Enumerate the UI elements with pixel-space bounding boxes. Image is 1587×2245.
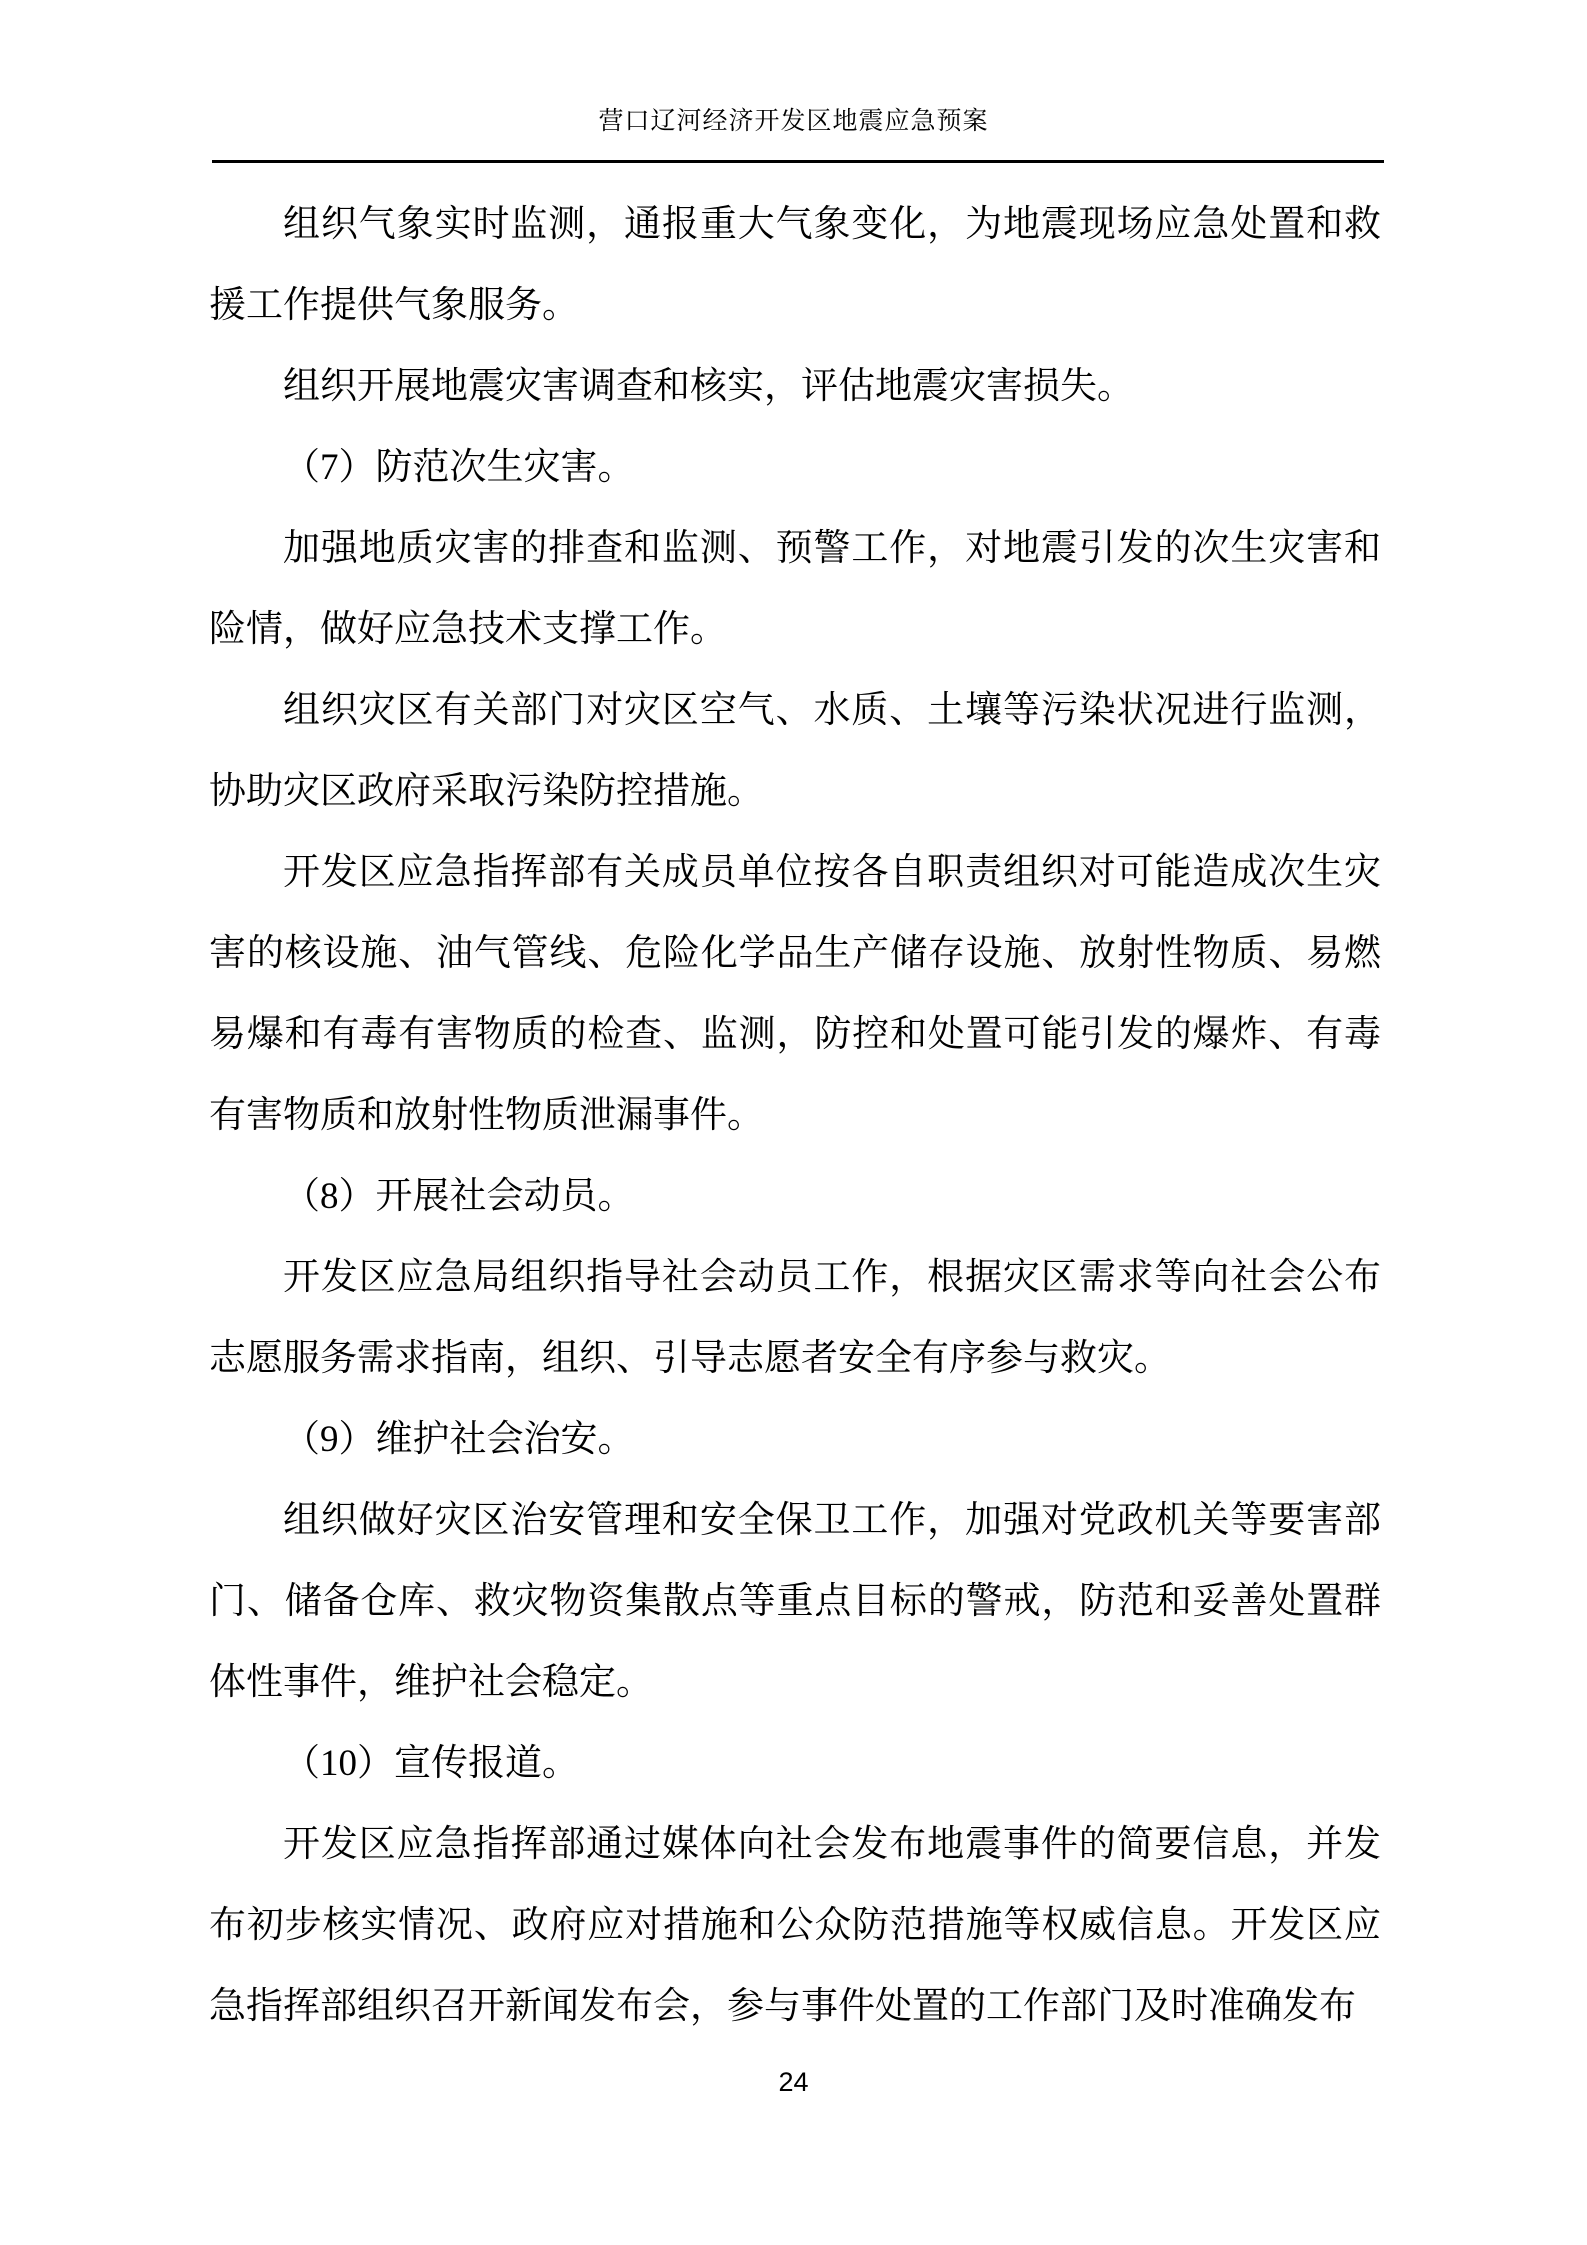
body-paragraph: 开发区应急指挥部有关成员单位按各自职责组织对可能造成次生灾害的核设施、油气管线、… — [209, 832, 1381, 1156]
body-paragraph: 组织气象实时监测，通报重大气象变化，为地震现场应急处置和救援工作提供气象服务。 — [209, 184, 1381, 346]
body-paragraph: 开发区应急指挥部通过媒体向社会发布地震事件的简要信息，并发布初步核实情况、政府应… — [209, 1804, 1381, 2047]
body-paragraph: 组织开展地震灾害调查和核实，评估地震灾害损失。 — [209, 346, 1381, 427]
document-body: 组织气象实时监测，通报重大气象变化，为地震现场应急处置和救援工作提供气象服务。组… — [209, 184, 1381, 2047]
body-paragraph: （8）开展社会动员。 — [209, 1156, 1381, 1237]
body-paragraph: 组织灾区有关部门对灾区空气、水质、土壤等污染状况进行监测，协助灾区政府采取污染防… — [209, 670, 1381, 832]
page-header-title: 营口辽河经济开发区地震应急预案 — [0, 106, 1587, 138]
document-page: 营口辽河经济开发区地震应急预案 组织气象实时监测，通报重大气象变化，为地震现场应… — [0, 0, 1587, 2245]
body-paragraph: 加强地质灾害的排查和监测、预警工作，对地震引发的次生灾害和险情，做好应急技术支撑… — [209, 508, 1381, 670]
body-paragraph: 组织做好灾区治安管理和安全保卫工作，加强对党政机关等要害部门、储备仓库、救灾物资… — [209, 1480, 1381, 1723]
body-paragraph: 开发区应急局组织指导社会动员工作，根据灾区需求等向社会公布志愿服务需求指南，组织… — [209, 1237, 1381, 1399]
body-paragraph: （10）宣传报道。 — [209, 1723, 1381, 1804]
page-number: 24 — [0, 2064, 1587, 2100]
body-paragraph: （9）维护社会治安。 — [209, 1399, 1381, 1480]
body-paragraph: （7）防范次生灾害。 — [209, 427, 1381, 508]
header-divider — [212, 160, 1384, 163]
